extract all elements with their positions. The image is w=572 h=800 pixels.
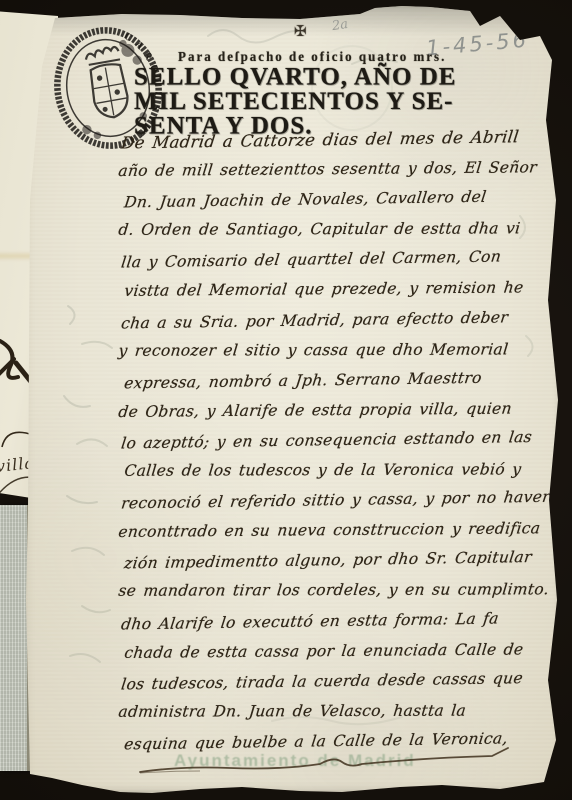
scan-background: villa <box>0 0 572 800</box>
manuscript-line: los tudescos, tirada la cuerda desde cas… <box>116 668 567 705</box>
seal-title-line2: MIL SETECIENTOS Y SE- <box>134 90 494 114</box>
printers-cross-icon: ✠ <box>294 22 307 40</box>
manuscript-line: se mandaron tirar los cordeles, y en su … <box>116 581 565 613</box>
pencil-annotation: 2a <box>331 17 349 34</box>
manuscript-line: y reconozer el sitio y cassa que dho Mem… <box>116 340 565 372</box>
manuscript-page: CAROLUS III ✠ 2a 1-45-56 Para deſpacho d… <box>22 6 566 796</box>
manuscript-body: De Madrid a Cattorze dias del mes de Abr… <box>118 130 564 762</box>
closing-rule <box>130 746 558 780</box>
manuscript-line: Calles de los tudescos y de la Veronica … <box>116 460 565 492</box>
manuscript-line: d. Orden de Santiago, Capitular de estta… <box>116 220 565 252</box>
blue-paper-edge <box>0 505 30 771</box>
seal-title-line1: SELLO QVARTO, AÑO DE <box>134 65 494 89</box>
manuscript-line: vistta del Memorial que prezede, y remis… <box>116 279 566 313</box>
manuscript-line: cha a su Sria. por Madrid, para efectto … <box>116 307 567 344</box>
manuscript-line: lo azepttó; y en su consequencia esttand… <box>116 427 567 464</box>
manuscript-line: zión impedimentto alguno, por dho Sr. Ca… <box>116 548 567 585</box>
manuscript-line: Dn. Juan Joachin de Novales, Cavallero d… <box>116 187 567 224</box>
manuscript-line: dho Alarife lo executtó en estta forma: … <box>116 608 567 645</box>
manuscript-line: chada de estta cassa por la enunciada Ca… <box>116 640 566 674</box>
manuscript-line: administra Dn. Juan de Velasco, hastta l… <box>116 701 565 733</box>
